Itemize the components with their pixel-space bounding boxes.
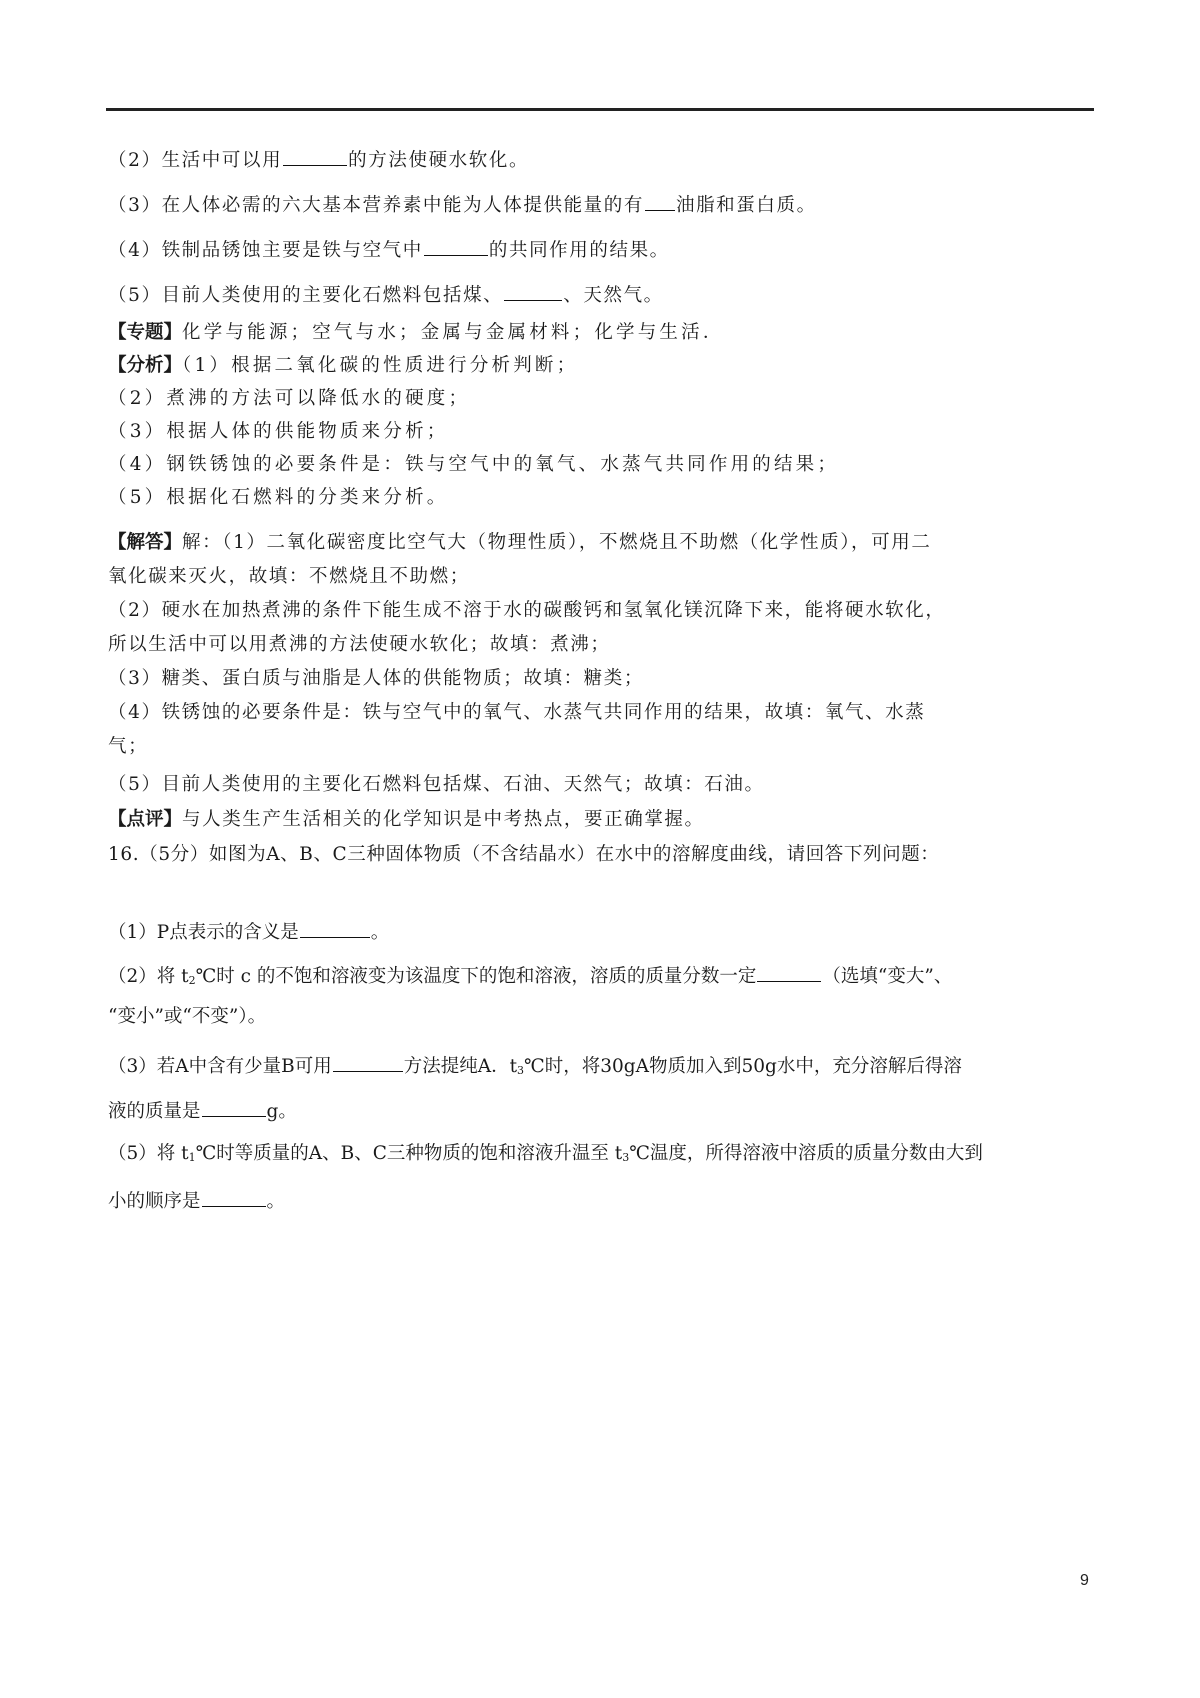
q15-item-2: （2）生活中可以用的方法使硬水软化。 <box>108 145 529 173</box>
q15-item-5: （5）目前人类使用的主要化石燃料包括煤、、天然气。 <box>108 280 664 308</box>
q16-sub-5-text: 小的顺序是 <box>108 1191 201 1212</box>
q16-sub-3-text: （3）若A中含有少量B可用 <box>108 1056 332 1077</box>
analysis-line-1: 【分析】（1）根据二氧化碳的性质进行分析判断； <box>108 354 578 378</box>
answer-blank <box>757 961 821 982</box>
answer-blank <box>300 917 370 938</box>
q16-sub-2-text: ℃时 c 的不饱和溶液变为该温度下的饱和溶液，溶质的质量分数一定 <box>196 966 757 987</box>
topic-label: 【专题】 <box>108 322 182 343</box>
q16-sub-5-line-2: 小的顺序是。 <box>108 1186 285 1214</box>
header-rule <box>106 108 1094 111</box>
answer-blank <box>333 1051 403 1072</box>
answer-blank <box>645 190 675 211</box>
subscript: 3 <box>517 1064 524 1077</box>
answer-line-4: 所以生活中可以用煮沸的方法使硬水软化；故填：煮沸； <box>108 633 611 657</box>
answer-line-6: （4）铁锈蚀的必要条件是：铁与空气中的氧气、水蒸气共同作用的结果，故填：氧气、水… <box>108 701 925 725</box>
answer-blank <box>504 280 562 301</box>
comment-label: 【点评】 <box>108 809 182 830</box>
q15-item-4-prefix: （4）铁制品锈蚀主要是铁与空气中 <box>108 240 423 261</box>
subscript: 1 <box>189 1151 196 1164</box>
q16-sub-5-text: ℃时等质量的A、B、C三种物质的饱和溶液升温至 t <box>196 1143 623 1164</box>
q16-sub-1-prefix: （1）P点表示的含义是 <box>108 922 299 943</box>
answer-blank <box>424 235 488 256</box>
answer-blank <box>202 1186 266 1207</box>
q16-sub-3-text: g。 <box>267 1101 297 1122</box>
q16-sub-3-text: 方法提纯A．t <box>404 1056 517 1077</box>
q16-sub-3-text: ℃时，将30gA物质加入到50g水中，充分溶解后得溶 <box>524 1056 962 1077</box>
q16-sub-2-line-2: “变小”或“不变”）。 <box>108 1005 266 1029</box>
q15-item-2-prefix: （2）生活中可以用 <box>108 150 282 171</box>
q16-sub-3: （3）若A中含有少量B可用方法提纯A．t3℃时，将30gA物质加入到50g水中，… <box>108 1051 962 1079</box>
comment-text: 与人类生产生活相关的化学知识是中考热点，要正确掌握。 <box>182 809 705 830</box>
q16-sub-5-text: 。 <box>267 1191 286 1212</box>
q16-sub-1: （1）P点表示的含义是。 <box>108 917 389 945</box>
answer-line-2: 氧化碳来灭火，故填：不燃烧且不助燃； <box>108 565 470 589</box>
q15-item-5-prefix: （5）目前人类使用的主要化石燃料包括煤、 <box>108 285 503 306</box>
answer-line-8: （5）目前人类使用的主要化石燃料包括煤、石油、天然气；故填：石油。 <box>108 773 765 797</box>
analysis-label: 【分析】 <box>108 355 182 376</box>
analysis-text: （1）根据二氧化碳的性质进行分析判断； <box>182 355 578 376</box>
comment-line: 【点评】与人类生产生活相关的化学知识是中考热点，要正确掌握。 <box>108 808 705 832</box>
answer-line-1: 【解答】解：（1）二氧化碳密度比空气大（物理性质），不燃烧且不助燃（化学性质），… <box>108 531 931 555</box>
q16-sub-5: （5）将 t1℃时等质量的A、B、C三种物质的饱和溶液升温至 t3℃温度，所得溶… <box>108 1142 983 1166</box>
q15-item-3-prefix: （3）在人体必需的六大基本营养素中能为人体提供能量的有 <box>108 195 644 216</box>
page-number: 9 <box>1080 1572 1089 1590</box>
q16-sub-5-text: ℃温度，所得溶液中溶质的质量分数由大到 <box>629 1143 983 1164</box>
answer-line-5: （3）糖类、蛋白质与油脂是人体的供能物质；故填：糖类； <box>108 667 644 691</box>
q15-item-2-suffix: 的方法使硬水软化。 <box>348 150 529 171</box>
answer-line-3: （2）硬水在加热煮沸的条件下能生成不溶于水的碳酸钙和氢氧化镁沉降下来，能将硬水软… <box>108 599 945 623</box>
q15-item-4: （4）铁制品锈蚀主要是铁与空气中的共同作用的结果。 <box>108 235 670 263</box>
q15-item-5-suffix: 、天然气。 <box>563 285 664 306</box>
q16-sub-3-line-2: 液的质量是g。 <box>108 1096 297 1124</box>
q16-sub-2: （2）将 t2℃时 c 的不饱和溶液变为该温度下的饱和溶液，溶质的质量分数一定（… <box>108 961 952 989</box>
q16-sub-2-text: （选填“变大”、 <box>822 966 952 987</box>
q16-sub-1-suffix: 。 <box>371 922 390 943</box>
topic-line: 【专题】化学与能源；空气与水；金属与金属材料；化学与生活． <box>108 321 725 345</box>
analysis-line-2: （2）煮沸的方法可以降低水的硬度； <box>108 387 470 411</box>
q15-item-3-suffix: 油脂和蛋白质。 <box>676 195 817 216</box>
q16-sub-5-text: （5）将 t <box>108 1143 189 1164</box>
answer-blank <box>283 145 347 166</box>
answer-label: 【解答】 <box>108 532 182 553</box>
q15-item-4-suffix: 的共同作用的结果。 <box>489 240 670 261</box>
analysis-line-3: （3）根据人体的供能物质来分析； <box>108 420 448 444</box>
q15-item-3: （3）在人体必需的六大基本营养素中能为人体提供能量的有油脂和蛋白质。 <box>108 190 817 218</box>
topic-text: 化学与能源；空气与水；金属与金属材料；化学与生活． <box>182 322 725 343</box>
q16-sub-3-text: 液的质量是 <box>108 1101 201 1122</box>
analysis-line-5: （5）根据化石燃料的分类来分析。 <box>108 486 448 510</box>
answer-text: 解：（1）二氧化碳密度比空气大（物理性质），不燃烧且不助燃（化学性质），可用二 <box>182 532 931 553</box>
subscript: 2 <box>189 974 196 987</box>
answer-line-7: 气； <box>108 735 148 759</box>
q16-stem: 16.（5分）如图为A、B、C三种固体物质（不含结晶水）在水中的溶解度曲线，请回… <box>108 843 939 867</box>
answer-blank <box>202 1096 266 1117</box>
q16-sub-2-text: （2）将 t <box>108 966 189 987</box>
analysis-line-4: （4）钢铁锈蚀的必要条件是：铁与空气中的氧气、水蒸气共同作用的结果； <box>108 453 839 477</box>
